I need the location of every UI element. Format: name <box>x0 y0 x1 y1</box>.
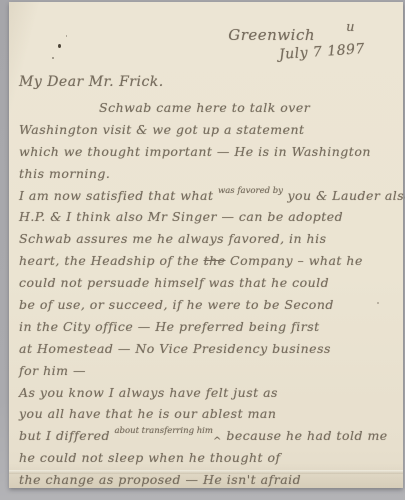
letter-place: Greenwich <box>228 26 315 44</box>
letter-line: he could not sleep when he thought of <box>19 447 399 469</box>
letter-line: at Homestead — No Vice Presidency busine… <box>19 338 399 360</box>
letter-segment-caret: ^ <box>213 436 222 447</box>
letter-line: Schwab came here to talk over <box>19 97 399 119</box>
letter-segment: he could not sleep when he thought of <box>19 450 281 465</box>
letter-segment: I am now satisfied that what <box>19 188 218 203</box>
letter-line: the change as proposed — He isn't afraid <box>19 469 399 491</box>
letter-salutation: My Dear Mr. Frick. <box>19 74 164 90</box>
letter-line: in the City office — He preferred being … <box>19 316 399 338</box>
letter-segment: Schwab came here to talk over <box>99 100 310 115</box>
letter-line: heart, the Headship of the the Company –… <box>19 250 399 272</box>
letter-segment: H.P. & I think also Mr Singer — can be a… <box>19 209 343 224</box>
letter-scan: Greenwich u July 7 1897 My Dear Mr. Fric… <box>0 0 405 500</box>
letter-segment: but I differed <box>19 428 114 443</box>
letter-segment: you all have that he is our ablest man <box>19 406 276 421</box>
letter-line: H.P. & I think also Mr Singer — can be a… <box>19 206 399 228</box>
letter-segment: this morning. <box>19 166 110 181</box>
letter-segment: Company – what he <box>226 253 363 268</box>
letter-body: Schwab came here to talk overWashington … <box>19 97 399 491</box>
paper-speck <box>58 44 61 48</box>
letter-segment: you & Lauder also <box>283 188 405 203</box>
letter-line: for him — <box>19 360 399 382</box>
letter-segment: because he had told me <box>222 428 388 443</box>
letter-segment: be of use, or succeed, if he were to be … <box>19 297 334 312</box>
place-flourish-mark: u <box>346 20 355 35</box>
paper-speck <box>66 35 67 37</box>
letter-page: Greenwich u July 7 1897 My Dear Mr. Fric… <box>9 2 403 488</box>
letter-segment: for him — <box>19 363 86 378</box>
paper-speck <box>52 57 54 59</box>
letter-segment-insert: was favored by <box>218 186 283 196</box>
letter-segment: in the City office — He preferred being … <box>19 319 320 334</box>
letter-segment-strike: the <box>204 253 226 268</box>
letter-line: Schwab assures me he always favored, in … <box>19 228 399 250</box>
letter-date: July 7 1897 <box>279 41 366 63</box>
letter-segment: could not persuade himself was that he c… <box>19 275 329 290</box>
letter-segment: the change as proposed — He isn't afraid <box>19 472 301 487</box>
letter-line: Washington visit & we got up a statement <box>19 119 399 141</box>
letter-segment: heart, the Headship of the <box>19 253 204 268</box>
letter-line: could not persuade himself was that he c… <box>19 272 399 294</box>
letter-line: you all have that he is our ablest man <box>19 403 399 425</box>
letter-segment: which we thought important — He is in Wa… <box>19 144 371 159</box>
letter-line: I am now satisfied that what was favored… <box>19 185 399 207</box>
letter-segment: Washington visit & we got up a statement <box>19 122 305 137</box>
letter-line: this morning. <box>19 163 399 185</box>
letter-line: but I differed about transferring him^ b… <box>19 425 399 447</box>
letter-line: As you know I always have felt just as <box>19 382 399 404</box>
letter-segment: at Homestead — No Vice Presidency busine… <box>19 341 331 356</box>
letter-segment: As you know I always have felt just as <box>19 385 278 400</box>
letter-line: be of use, or succeed, if he were to be … <box>19 294 399 316</box>
letter-segment: Schwab assures me he always favored, in … <box>19 231 327 246</box>
letter-line: which we thought important — He is in Wa… <box>19 141 399 163</box>
letter-segment-insert: about transferring him <box>114 426 213 436</box>
